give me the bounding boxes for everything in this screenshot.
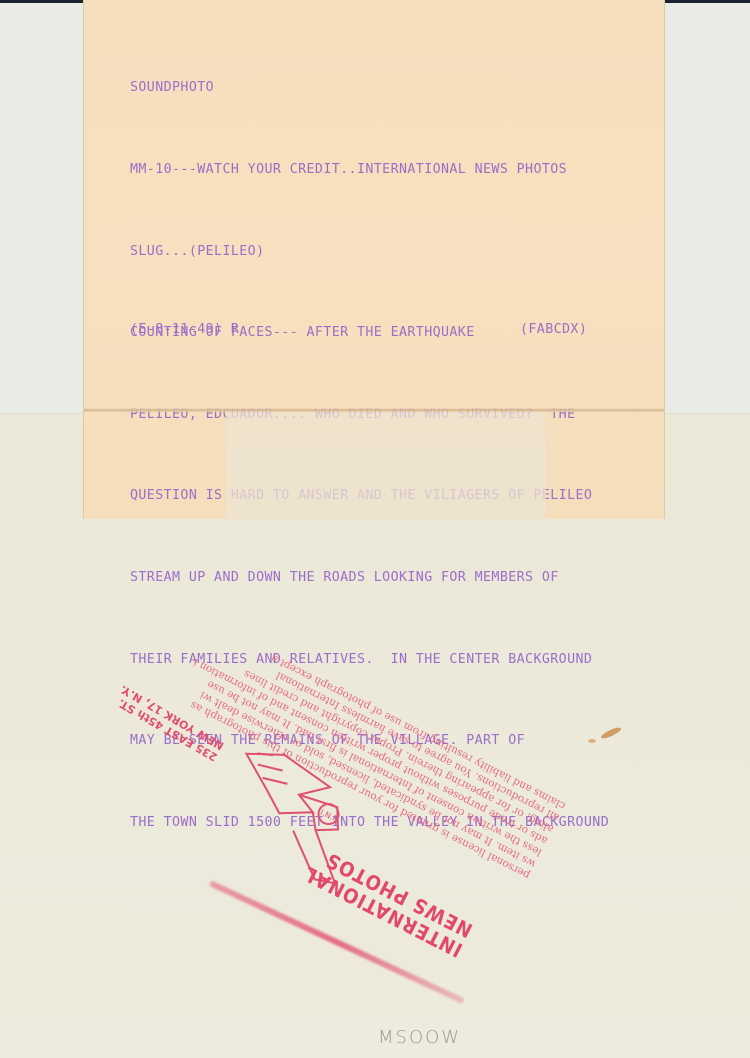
glue-patch: [226, 412, 546, 519]
caption-sheet: SOUNDPHOTO MM-10---WATCH YOUR CREDIT..IN…: [84, 0, 664, 519]
transmission-code: (FABCDX): [520, 322, 587, 337]
caption-line: SOUNDPHOTO: [130, 74, 660, 101]
caption-line: MAY BE SEEN THE REMAINS OF THE VILLAGE. …: [130, 727, 660, 754]
date-code: (E-8-11-49) R: [130, 322, 239, 337]
caption-line: STREAM UP AND DOWN THE ROADS LOOKING FOR…: [130, 564, 660, 591]
caption-line: SLUG...(PELILEO): [130, 238, 660, 265]
pencil-annotation: MSOOW: [378, 1027, 461, 1048]
caption-line: MM-10---WATCH YOUR CREDIT..INTERNATIONAL…: [130, 156, 660, 183]
stain-mark: [588, 739, 596, 743]
caption-line: THEIR FAMILIES AND RELATIVES. IN THE CEN…: [130, 646, 660, 673]
caption-line: THE TOWN SLID 1500 FEET INTO THE VALLEY …: [130, 809, 660, 836]
